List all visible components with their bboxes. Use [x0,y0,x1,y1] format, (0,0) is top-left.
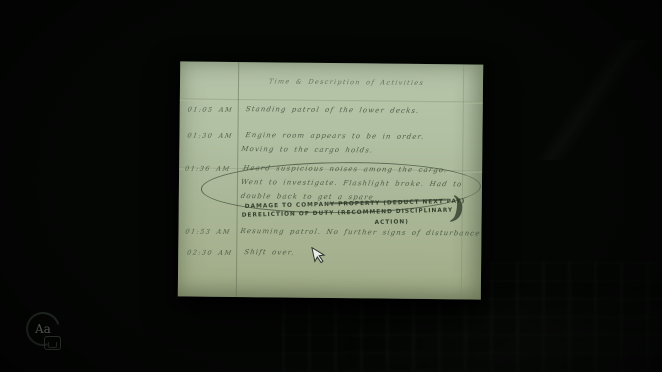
fold-crease [180,98,483,103]
log-entry-time: 01:36 AM [185,164,232,172]
log-entry-time: 01:30 AM [187,132,234,140]
game-screen: Time & Description of Activities 01:05 A… [0,0,662,372]
log-entry-time: 01:05 AM [187,106,234,114]
log-entry-text: Moving to the cargo holds. [241,145,374,154]
log-entry-text: Engine room appears to be in order. [245,131,425,141]
annotation-paren: ) [449,193,468,225]
log-entry-text: Shift over. [244,248,296,257]
touchpad-button-icon[interactable] [44,336,61,350]
text-size-label: Aa [35,322,51,336]
log-entry-time: 01:53 AM [185,227,232,235]
log-entry-text: Standing patrol of the lower decks. [245,105,420,115]
log-title: Time & Description of Activities [243,77,449,87]
duty-log-document: Time & Description of Activities 01:05 A… [178,61,483,299]
touchpad-inner-glyph [48,342,57,348]
log-entry-text: Resuming patrol. No further signs of dis… [240,227,485,238]
arrow-cursor [311,247,327,265]
annotation-line: ACTION) [374,219,408,226]
light-streak [502,40,662,160]
log-entry-time: 02:30 AM [187,249,234,257]
